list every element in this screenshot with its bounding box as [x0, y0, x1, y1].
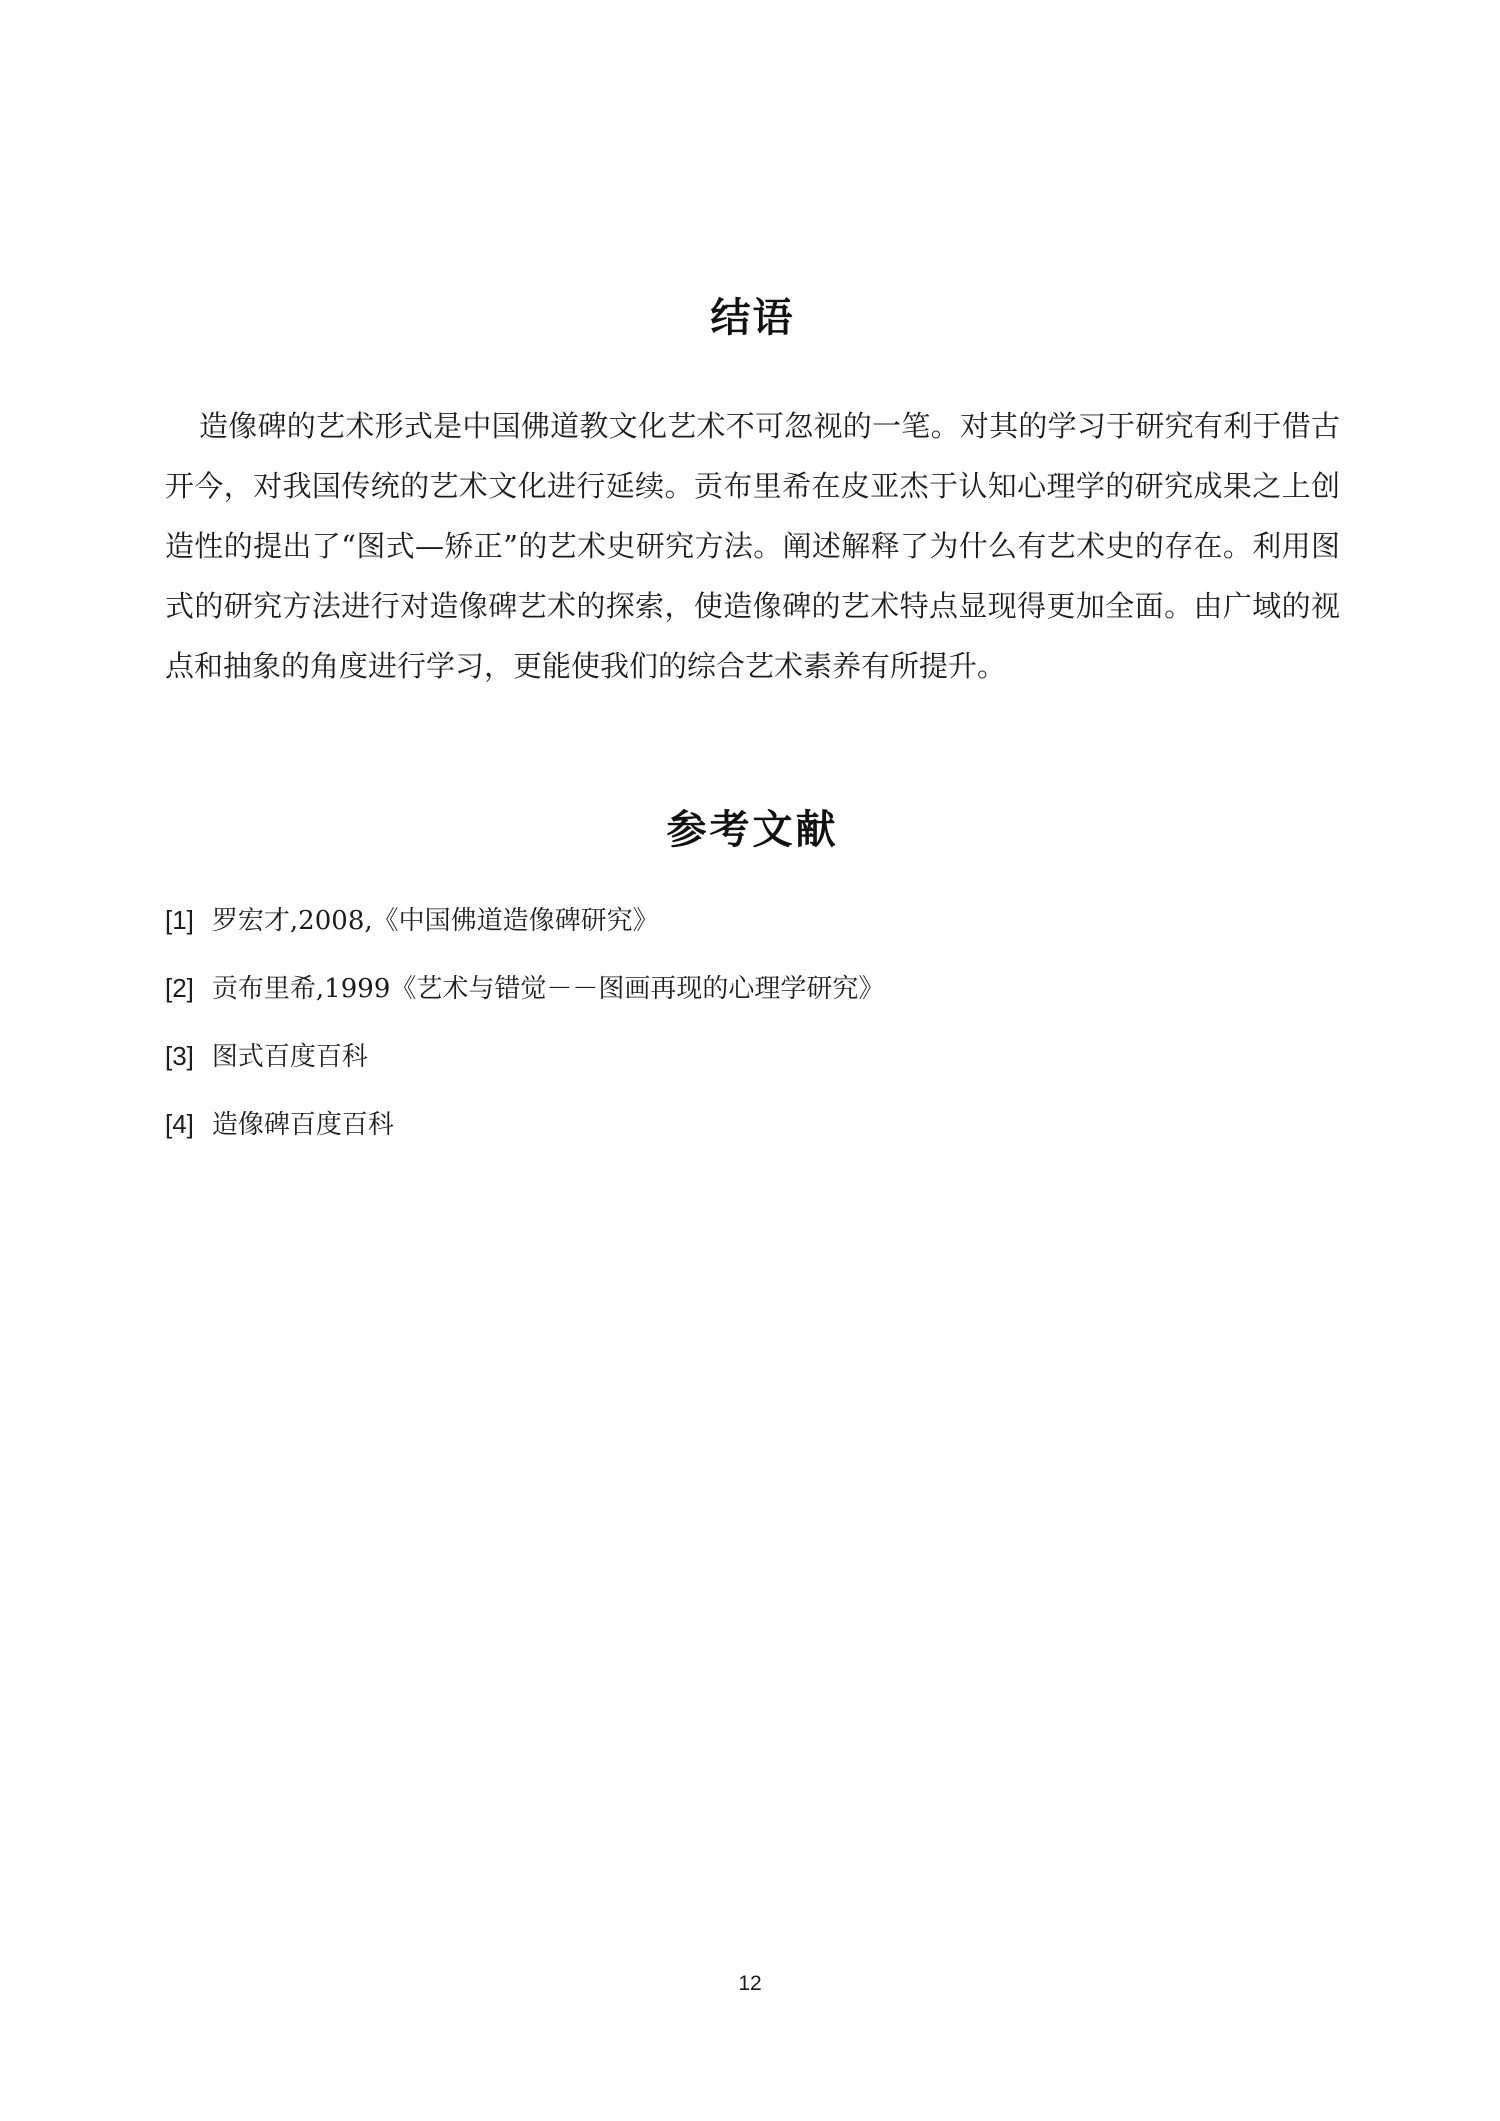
reference-item: [4] 造像碑百度百科: [165, 1106, 1340, 1143]
page-number: 12: [0, 1972, 1500, 1996]
reference-text: 造像碑百度百科: [212, 1107, 1340, 1143]
reference-marker: [1]: [165, 902, 194, 938]
reference-marker: [3]: [165, 1038, 194, 1074]
reference-marker: [2]: [165, 970, 194, 1006]
document-page: 结语 造像碑的艺术形式是中国佛道教文化艺术不可忽视的一笔。对其的学习于研究有利于…: [0, 0, 1500, 2121]
conclusion-paragraph: 造像碑的艺术形式是中国佛道教文化艺术不可忽视的一笔。对其的学习于研究有利于借古开…: [165, 396, 1340, 696]
reference-item: [1] 罗宏才,2008,《中国佛道造像碑研究》: [165, 902, 1340, 939]
reference-text: 贡布里希,1999《艺术与错觉－－图画再现的心理学研究》: [212, 971, 1340, 1007]
conclusion-title: 结语: [165, 296, 1340, 340]
reference-item: [3] 图式百度百科: [165, 1038, 1340, 1075]
reference-text: 罗宏才,2008,《中国佛道造像碑研究》: [212, 903, 1340, 939]
reference-text: 图式百度百科: [212, 1039, 1340, 1075]
reference-item: [2] 贡布里希,1999《艺术与错觉－－图画再现的心理学研究》: [165, 970, 1340, 1007]
references-list: [1] 罗宏才,2008,《中国佛道造像碑研究》 [2] 贡布里希,1999《艺…: [165, 902, 1340, 1143]
references-title: 参考文献: [165, 808, 1340, 852]
reference-marker: [4]: [165, 1106, 194, 1142]
